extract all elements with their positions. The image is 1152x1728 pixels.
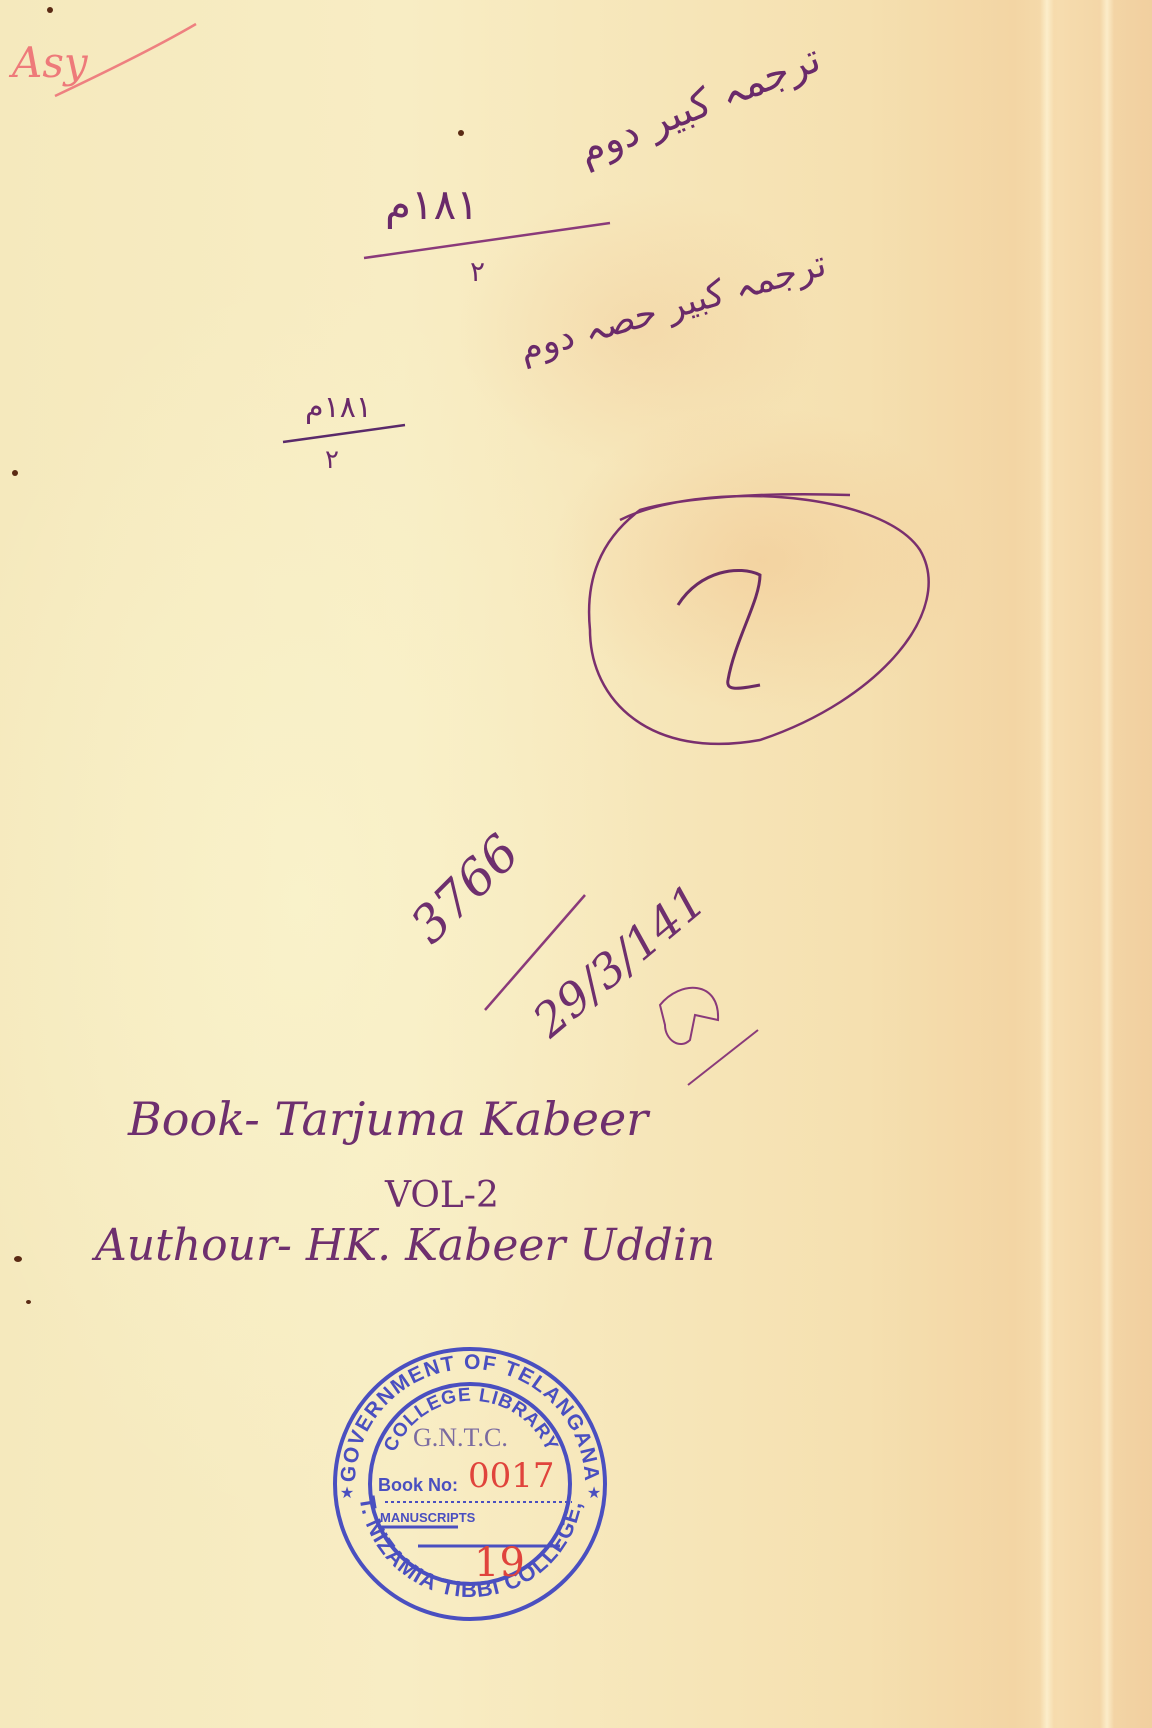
stamp-center-text: G.N.T.C. <box>413 1423 508 1453</box>
book-title-line: Book- Tarjuma Kabeer <box>128 1092 648 1146</box>
signature-tick <box>688 1030 758 1085</box>
signature-scribble <box>660 988 718 1044</box>
stamp-star-left: ★ <box>340 1483 354 1502</box>
book-flyleaf-page: GOVERNMENT OF TELANGANA COLLEGE LIBRARY … <box>0 0 1152 1728</box>
stamp-manuscripts-label: MANUSCRIPTS <box>380 1510 475 1525</box>
fraction-line <box>283 425 405 442</box>
svg-text:GOVT. NIZAMIA TIBBI COLLEGE, H: GOVT. NIZAMIA TIBBI COLLEGE, HYD <box>0 0 587 1602</box>
stamp-handwritten-number: 19 <box>474 1540 525 1586</box>
volume-line: VOL-2 <box>385 1175 499 1216</box>
stamp-book-no-label: Book No: <box>378 1475 458 1496</box>
author-line: Authour- HK. Kabeer Uddin <box>95 1220 715 1271</box>
urdu-fraction-bottom-2: ۲ <box>325 445 339 475</box>
circled-number-glyph <box>678 570 760 688</box>
urdu-fraction-top-2: ۱۸۱م <box>305 390 372 425</box>
urdu-fraction-bottom-1: ۲ <box>470 255 485 288</box>
ink-strokes: GOVERNMENT OF TELANGANA COLLEGE LIBRARY … <box>0 0 1152 1728</box>
stamp-star-right: ★ <box>587 1483 601 1502</box>
stamp-book-no-value: 0017 <box>468 1456 555 1496</box>
urdu-fraction-top-1: ۱۸۱م <box>385 180 479 229</box>
corner-initials: Asy <box>12 38 88 87</box>
circle-mark <box>589 494 929 744</box>
stamp-outer-bottom-text: GOVT. NIZAMIA TIBBI COLLEGE, HYD <box>0 0 587 1602</box>
